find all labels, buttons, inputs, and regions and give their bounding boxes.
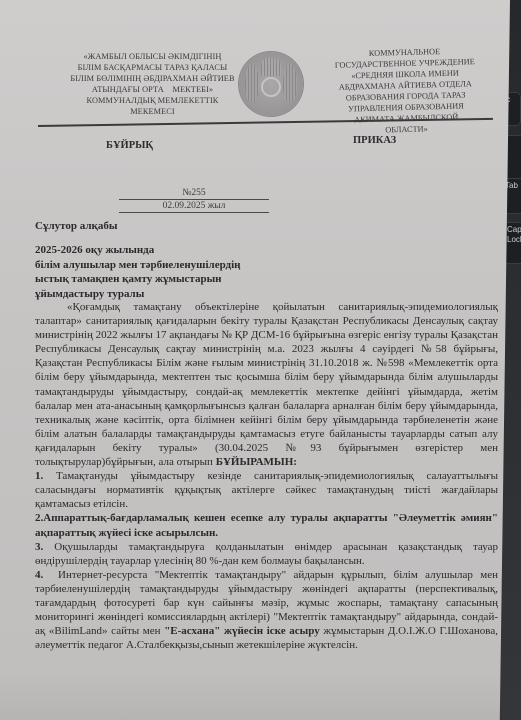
subject-line: ыстық тамақпен қамту жұмыстарын [35, 272, 241, 287]
item-number: 4. [35, 569, 43, 581]
paper-shadow [0, 670, 510, 720]
header-left-line: АТЫНДАҒЫ ОРТА МЕКТЕБІ» [55, 84, 250, 95]
preamble-paragraph: «Қоғамдық тамақтану объектілеріне қойыла… [35, 300, 498, 469]
emblem-wing-left [245, 64, 259, 102]
item-number: 2. [35, 512, 43, 524]
item-text: Тамақтануды ұйымдастыру кезінде санитари… [35, 470, 498, 510]
state-emblem-icon [239, 52, 303, 116]
header-right-russian: КОММУНАЛЬНОЕ ГОСУДАРСТВЕННОЕ УЧРЕЖДЕНИЕ … [317, 45, 494, 138]
header-left-kazakh: «ЖАМБЫЛ ОБЛЫСЫ ӘКІМДІГІНІҢ БІЛІМ БАСҚАРМ… [55, 51, 250, 117]
subject-line: білім алушылар мен тәрбиеленушілердің [35, 258, 241, 273]
item-number: 3. [35, 541, 43, 553]
subject-line: 2025-2026 оқу жылында [35, 243, 241, 258]
item-text: Аппараттық-бағдарламалық кешен есепке ал… [35, 512, 498, 538]
order-item-2: 2.Аппараттық-бағдарламалық кешен есепке … [35, 511, 498, 539]
place-name: Сұлутор алқабы [35, 220, 117, 232]
key-label: Caps Lock [507, 225, 521, 244]
order-item-3: 3. Оқушыларды тамақтандыруға қолданылаты… [35, 540, 498, 568]
title-kazakh: БҰЙРЫҚ [106, 140, 153, 151]
header-left-line: БІЛІМ БАСҚАРМАСЫ ТАРАЗ ҚАЛАСЫ [55, 62, 250, 73]
item-text: Оқушыларды тамақтандыруға қолданылатын ө… [35, 541, 498, 567]
order-number: №255 [119, 188, 269, 200]
order-item-1: 1. Тамақтануды ұйымдастыру кезінде санит… [35, 469, 498, 511]
emblem-wing-right [283, 64, 297, 102]
title-russian: ПРИКАЗ [353, 135, 396, 146]
header-left-line: МЕКЕМЕСІ [55, 106, 250, 117]
emblem-ring [261, 77, 281, 97]
order-body: «Қоғамдық тамақтану объектілеріне қойыла… [35, 300, 498, 652]
preamble-text: «Қоғамдық тамақтану объектілеріне қойыла… [35, 301, 498, 468]
order-date: 02.09.2025 жыл [119, 201, 269, 213]
document-page: «ЖАМБЫЛ ОБЛЫСЫ ӘКІМДІГІНІҢ БІЛІМ БАСҚАРМ… [0, 0, 510, 720]
item-number: 1. [35, 470, 43, 482]
order-word: БҰЙЫРАМЫН: [216, 456, 297, 468]
header-left-line: БІЛІМ БӨЛІМІНІҢ ӘБДІРАХМАН ӘЙТИЕВ [55, 73, 250, 84]
item-text-bold: "Е-асхана" жүйесін іске асыру [164, 625, 320, 637]
header-left-line: «ЖАМБЫЛ ОБЛЫСЫ ӘКІМДІГІНІҢ [55, 51, 250, 62]
order-item-4: 4. Интернет-ресурста "Мектептік тамақтан… [35, 568, 498, 653]
subject-line: ұйымдастыру туралы [35, 287, 241, 302]
emblem-rays [261, 58, 281, 76]
order-subject: 2025-2026 оқу жылында білім алушылар мен… [35, 243, 241, 301]
header-left-line: КОММУНАЛДЫҚ МЕМЛЕКЕТТІК [55, 95, 250, 106]
